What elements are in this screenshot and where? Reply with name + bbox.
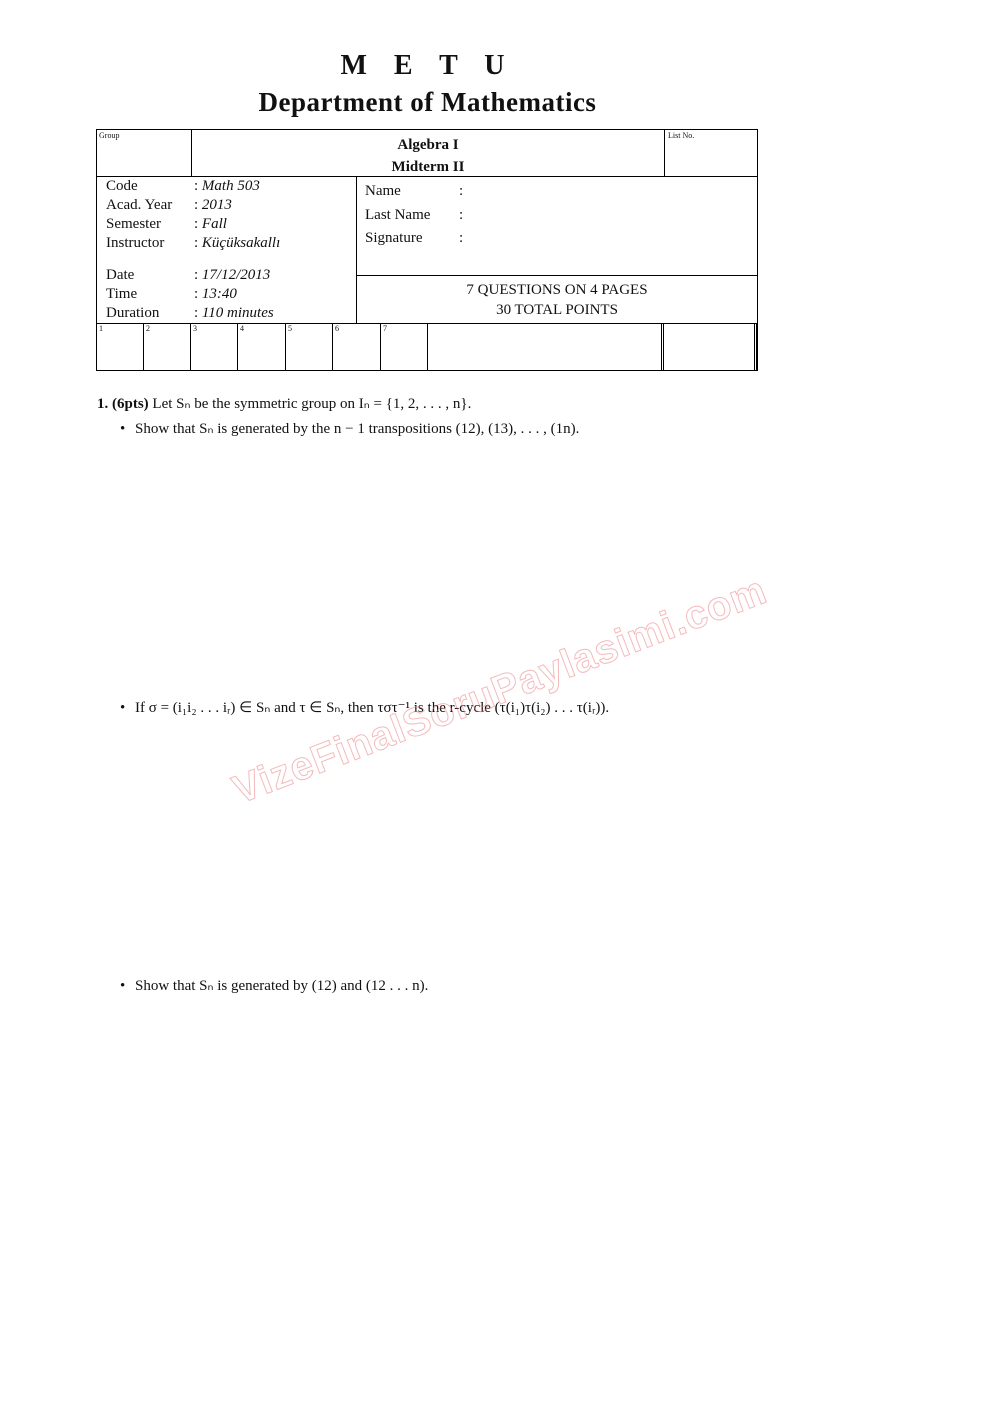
grade-cell-5[interactable]: 5	[286, 324, 333, 371]
watermark: VizeFinalSoruPaylasimi.com	[227, 568, 773, 813]
bullet-icon: •	[120, 978, 135, 995]
bullet-icon: •	[120, 421, 135, 438]
exam-header-table: Group Algebra I Midterm II List No. Code…	[96, 129, 758, 371]
course-name: Algebra I	[192, 134, 664, 156]
student-fields-cell: Name: Last Name: Signature:	[356, 176, 758, 276]
grade-cell-2[interactable]: 2	[144, 324, 191, 371]
question-1-part-c: •Show that Sₙ is generated by (12) and (…	[120, 976, 820, 995]
grade-cell-total[interactable]	[664, 324, 757, 371]
info-row-duration: Duration: 110 minutes	[106, 304, 356, 323]
info-row-instructor: Instructor: Küçüksakallı	[106, 234, 356, 253]
list-no-label: List No.	[668, 131, 694, 140]
grade-cell-blank[interactable]	[428, 324, 664, 371]
last-name-field[interactable]: Last Name:	[365, 206, 745, 225]
part-c-text: Show that Sₙ is generated by (12) and (1…	[135, 978, 428, 994]
questions-pages-summary: 7 QUESTIONS ON 4 PAGES	[357, 280, 757, 300]
question-1-part-a: •Show that Sₙ is generated by the n − 1 …	[120, 419, 820, 438]
info-row-code: Code: Math 503	[106, 177, 356, 196]
list-no-cell: List No.	[664, 129, 758, 177]
group-cell: Group	[96, 129, 192, 177]
part-b-text: If σ = (i₁i₂ . . . iᵣ) ∈ Sₙ and τ ∈ Sₙ, …	[135, 700, 609, 716]
grade-row: 1 2 3 4 5 6 7	[96, 323, 758, 371]
info-row-time: Time: 13:40	[106, 285, 356, 304]
total-points-summary: 30 TOTAL POINTS	[357, 300, 757, 320]
department-title: Department of Mathematics	[0, 87, 855, 118]
part-a-text: Show that Sₙ is generated by the n − 1 t…	[135, 421, 579, 437]
question-1-intro: 1. (6pts) Let Sₙ be the symmetric group …	[97, 394, 797, 413]
university-title: M E T U	[0, 50, 855, 82]
grade-cell-1[interactable]: 1	[97, 324, 144, 371]
grade-cell-4[interactable]: 4	[238, 324, 286, 371]
question-number: 1.	[97, 396, 108, 412]
bullet-icon: •	[120, 700, 135, 717]
grade-cell-7[interactable]: 7	[381, 324, 428, 371]
exam-name: Midterm II	[192, 156, 664, 178]
group-label: Group	[99, 131, 119, 140]
grade-cell-3[interactable]: 3	[191, 324, 238, 371]
signature-field[interactable]: Signature:	[365, 229, 745, 248]
grade-cell-6[interactable]: 6	[333, 324, 381, 371]
info-row-semester: Semester: Fall	[106, 215, 356, 234]
info-row-acad-year: Acad. Year: 2013	[106, 196, 356, 215]
exam-info-cell: Code: Math 503 Acad. Year: 2013 Semester…	[96, 176, 357, 324]
question-points: (6pts)	[112, 396, 149, 412]
exam-summary-cell: 7 QUESTIONS ON 4 PAGES 30 TOTAL POINTS	[356, 275, 758, 324]
info-row-date: Date: 17/12/2013	[106, 266, 356, 285]
course-cell: Algebra I Midterm II	[191, 129, 665, 177]
name-field[interactable]: Name:	[365, 182, 745, 201]
question-intro-text: Let Sₙ be the symmetric group on Iₙ = {1…	[152, 396, 471, 412]
